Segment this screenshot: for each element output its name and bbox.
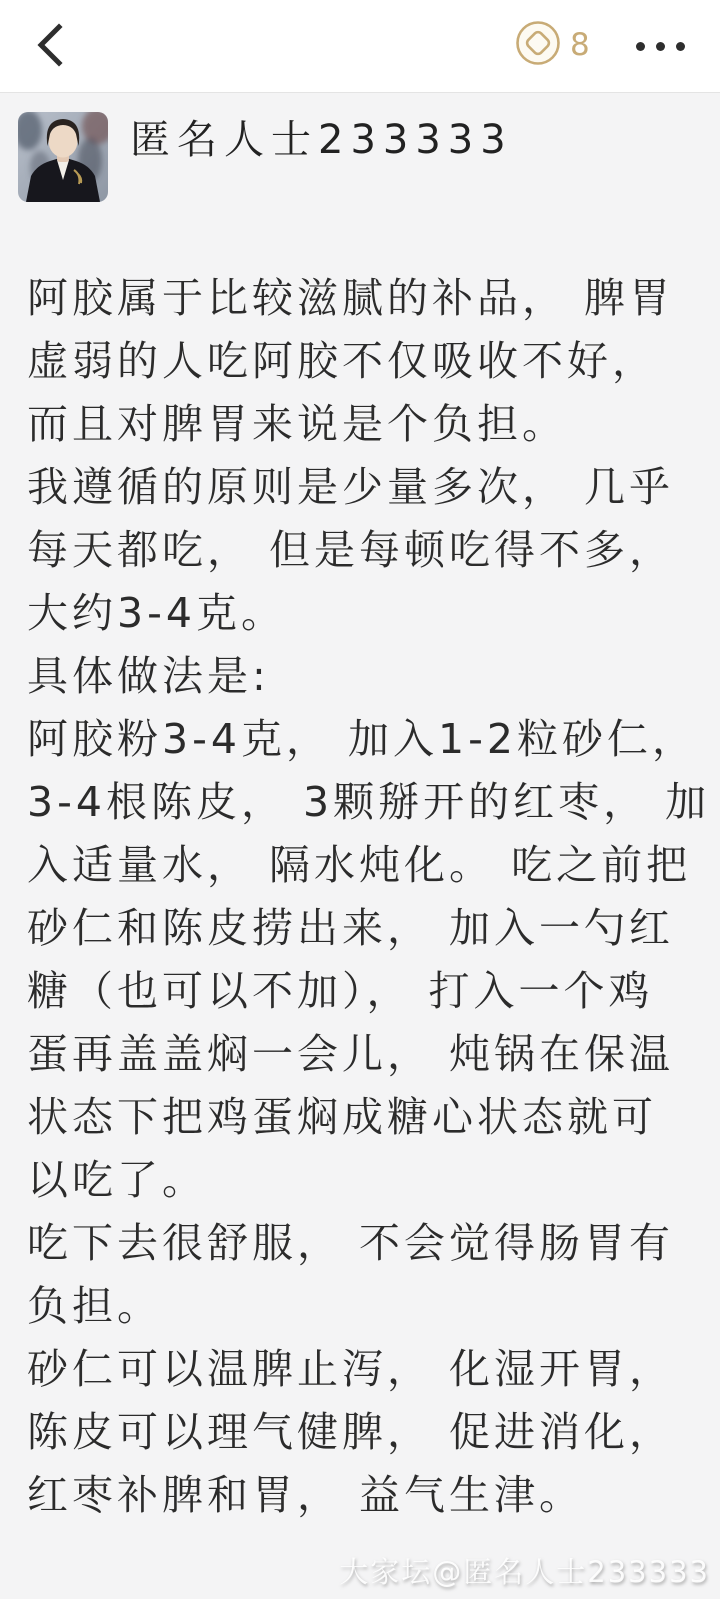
post-text-line: 每天都吃， 但是每顿吃得不多， [27,519,707,582]
top-navbar: 8 [0,0,720,93]
post-text-line: 而且对脾胃来说是个负担。 [27,393,707,456]
author-name[interactable]: 匿名人士233333 [130,114,513,166]
post-text-line: 状态下把鸡蛋焖成糖心状态就可 [27,1086,707,1149]
author-row: 匿名人士233333 [18,112,513,202]
post-text-line: 负担。 [27,1275,707,1338]
post-text-line: 砂仁可以温脾止泻， 化湿开胃， [27,1338,707,1401]
watermark: 大家坛@匿名人士233333 [339,1550,710,1591]
post-text-line: 红枣补脾和胃， 益气生津。 [27,1464,707,1527]
post-detail-screen: 8 [0,0,720,1599]
post-text-line: 我遵循的原则是少量多次， 几乎 [27,456,707,519]
post-text-line: 陈皮可以理气健脾， 促进消化， [27,1401,707,1464]
avatar[interactable] [18,112,108,202]
post-text-line: 具体做法是: [27,645,707,708]
post-text-line: 以吃了。 [27,1149,707,1212]
post-text-line: 糖（也可以不加）， 打入一个鸡 [27,960,707,1023]
post-text-line: 虚弱的人吃阿胶不仅吸收不好， [27,330,707,393]
post-text-line: 3-4根陈皮， 3颗掰开的红枣， 加 [27,771,707,834]
post-text-line: 蛋再盖盖焖一会儿， 炖锅在保温 [27,1023,707,1086]
post-text-line: 阿胶属于比较滋腻的补品， 脾胃 [27,267,707,330]
post-text-line: 砂仁和陈皮捞出来， 加入一勺红 [27,897,707,960]
post-body-text: 阿胶属于比较滋腻的补品， 脾胃虚弱的人吃阿胶不仅吸收不好，而且对脾胃来说是个负担… [27,267,707,1527]
coin-count: 8 [570,21,590,69]
coin-icon [515,20,561,70]
post-text-line: 阿胶粉3-4克， 加入1-2粒砂仁， [27,708,707,771]
ellipsis-icon [636,42,685,51]
back-button[interactable] [30,20,70,74]
post-text-line: 吃下去很舒服， 不会觉得肠胃有 [27,1212,707,1275]
coin-counter-button[interactable]: 8 [515,21,590,69]
chevron-left-icon [37,23,63,71]
more-options-button[interactable] [622,24,698,68]
post-text-line: 入适量水， 隔水炖化。 吃之前把 [27,834,707,897]
post-text-line: 大约3-4克。 [27,582,707,645]
